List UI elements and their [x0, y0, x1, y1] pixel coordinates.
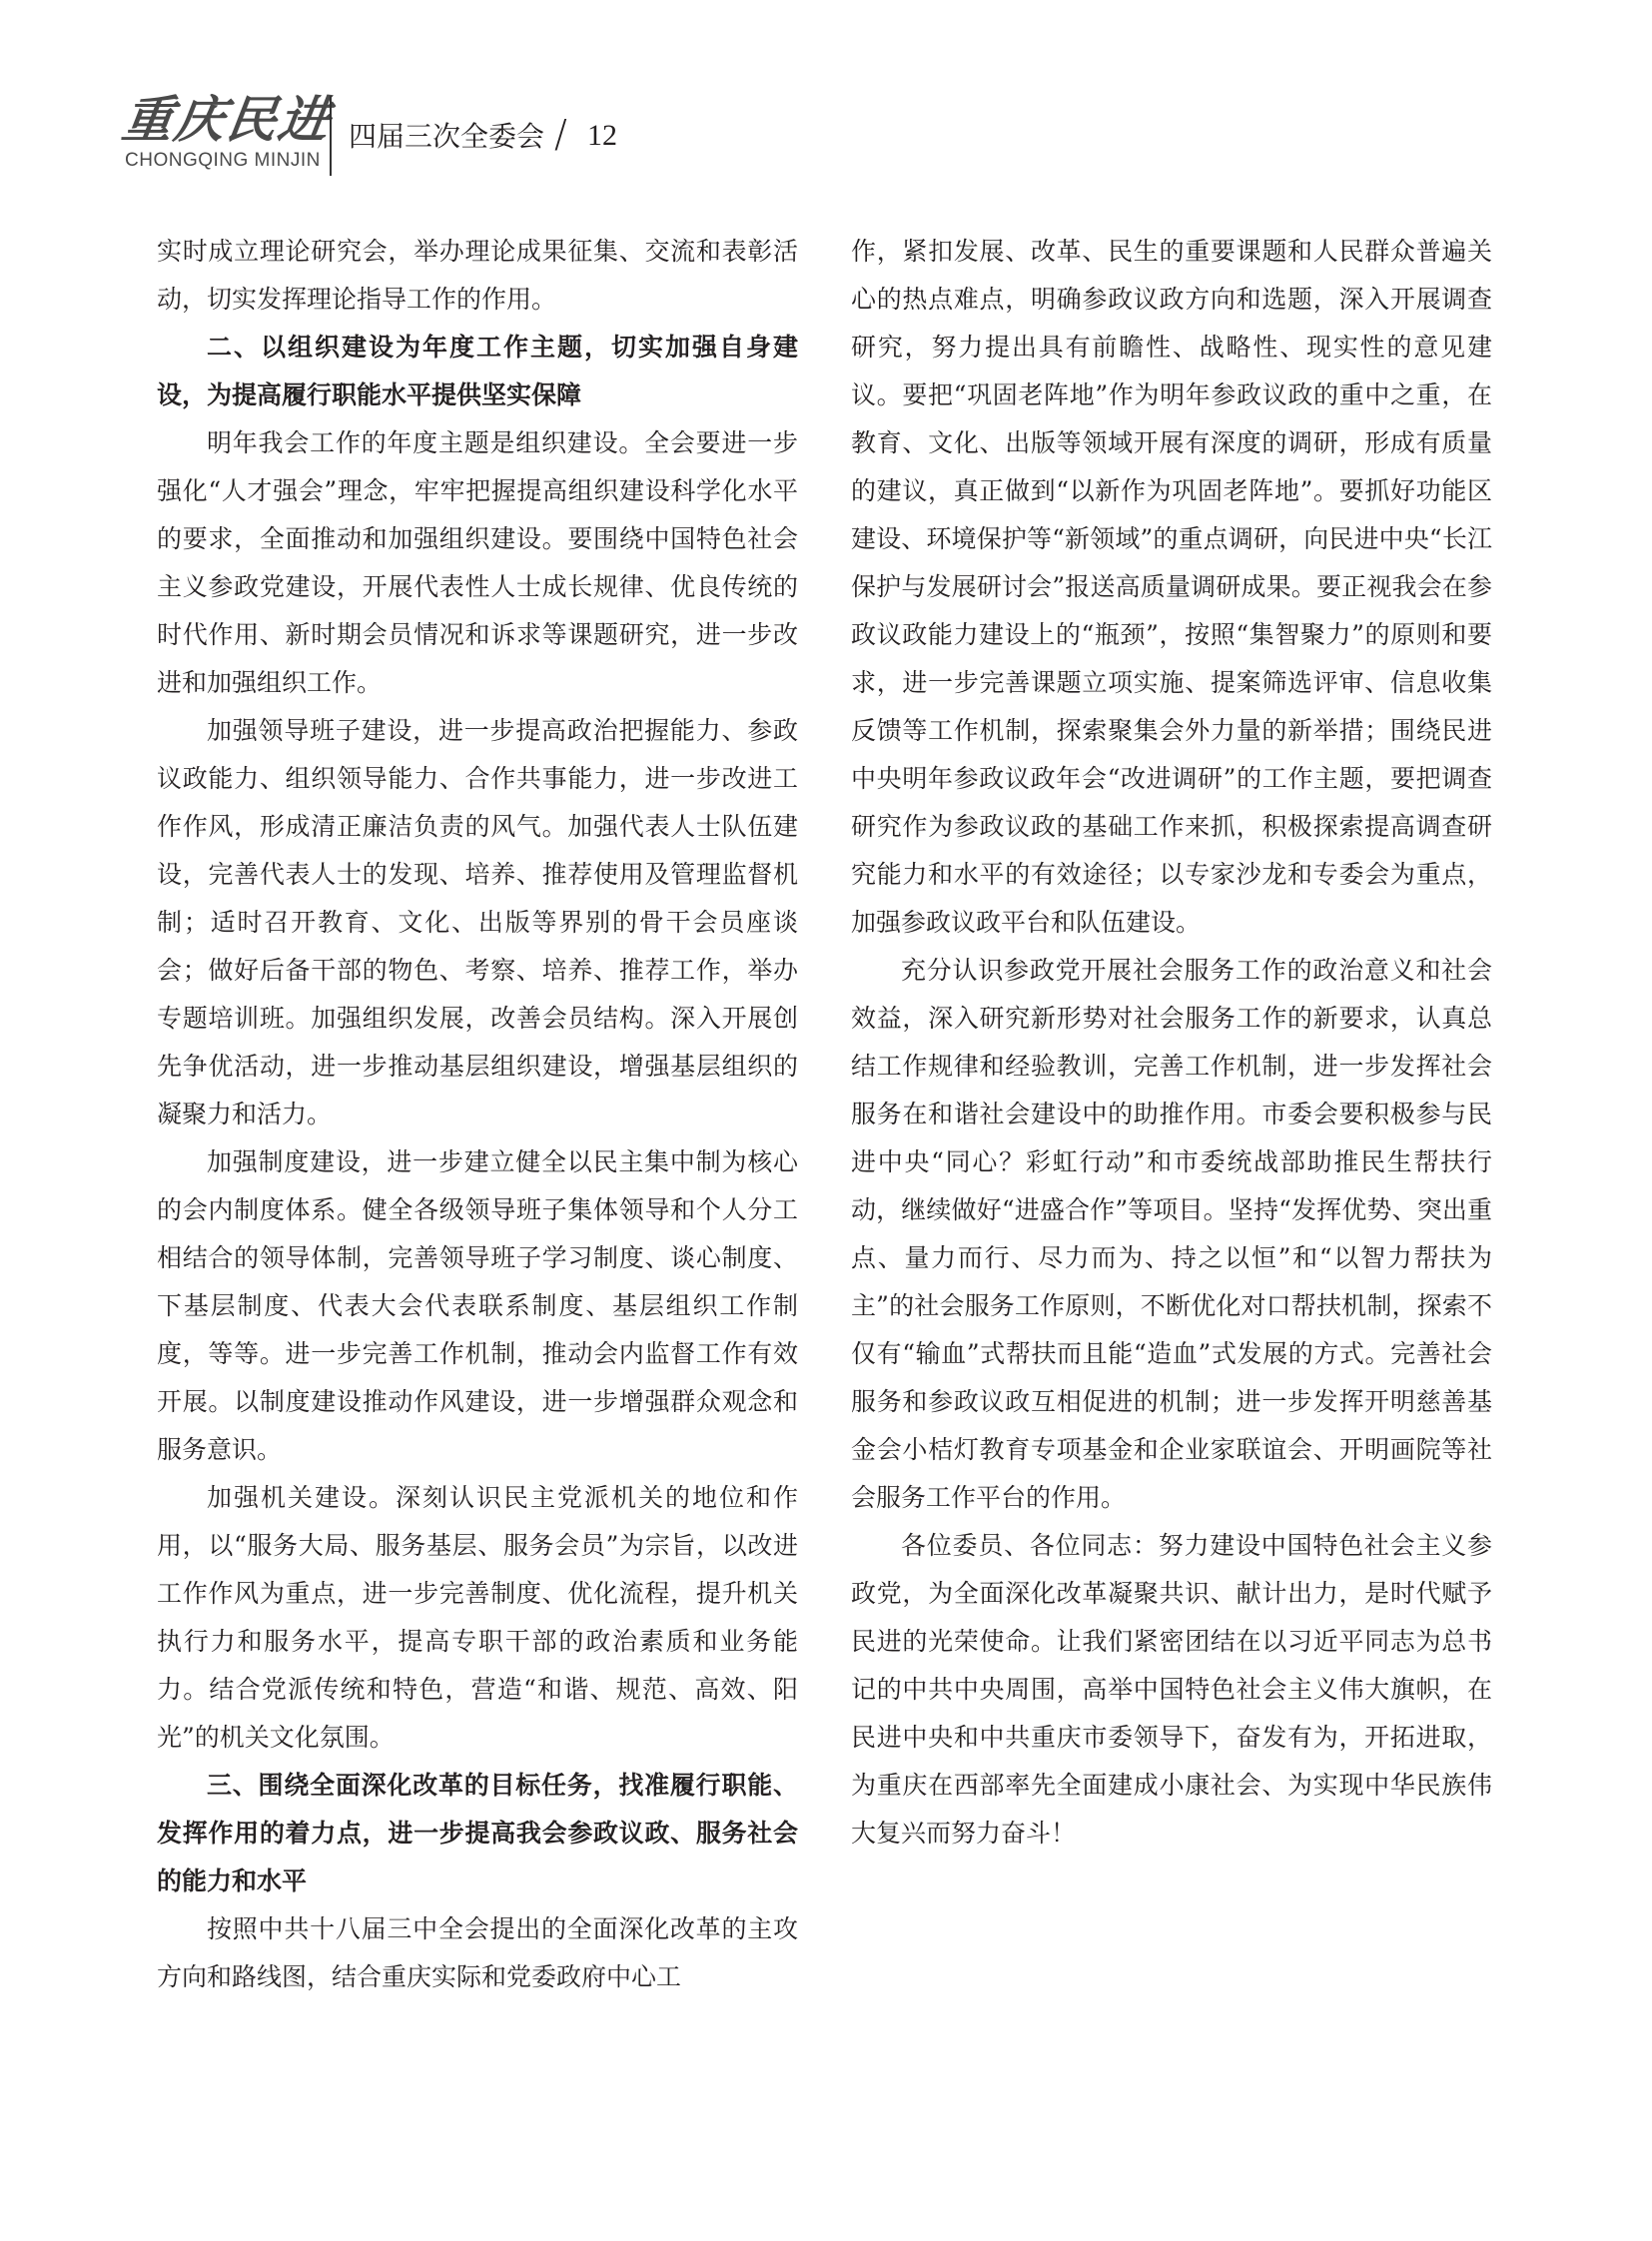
- paragraph: 按照中共十八届三中全会提出的全面深化改革的主攻方向和路线图，结合重庆实际和党委政…: [157, 1905, 798, 2001]
- logo-english-name: CHONGQING MINJIN: [125, 150, 321, 172]
- paragraph: 实时成立理论研究会，举办理论成果征集、交流和表彰活动，切实发挥理论指导工作的作用…: [157, 228, 798, 324]
- paragraph: 加强机关建设。深刻认识民主党派机关的地位和作用，以“服务大局、服务基层、服务会员…: [157, 1474, 798, 1762]
- right-column: 作，紧扣发展、改革、民生的重要课题和人民群众普遍关心的热点难点，明确参政议政方向…: [851, 228, 1492, 1858]
- slash-separator: /: [554, 114, 567, 154]
- paragraph: 明年我会工作的年度主题是组织建设。全会要进一步强化“人才强会”理念，牢牢把握提高…: [157, 419, 798, 707]
- closing-paragraph: 各位委员、各位同志：努力建设中国特色社会主义参政党，为全面深化改革凝聚共识、献计…: [851, 1522, 1492, 1858]
- header-divider: [330, 96, 332, 176]
- section-heading-3: 三、围绕全面深化改革的目标任务，找准履行职能、发挥作用的着力点，进一步提高我会参…: [157, 1762, 798, 1905]
- logo-chinese-calligraphy: 重庆民进: [119, 92, 335, 148]
- section-heading-2: 二、以组织建设为年度工作主题，切实加强自身建设，为提高履行职能水平提供坚实保障: [157, 324, 798, 419]
- paragraph: 作，紧扣发展、改革、民生的重要课题和人民群众普遍关心的热点难点，明确参政议政方向…: [851, 228, 1492, 947]
- paragraph: 加强制度建设，进一步建立健全以民主集中制为核心的会内制度体系。健全各级领导班子集…: [157, 1138, 798, 1474]
- left-column: 实时成立理论研究会，举办理论成果征集、交流和表彰活动，切实发挥理论指导工作的作用…: [157, 228, 798, 2001]
- page-number: 12: [587, 118, 617, 154]
- magazine-logo: 重庆民进 CHONGQING MINJIN: [123, 90, 333, 180]
- page-header: 重庆民进 CHONGQING MINJIN 四届三次全委会 / 12: [123, 90, 822, 180]
- section-title: 四届三次全委会: [349, 120, 544, 154]
- paragraph: 加强领导班子建设，进一步提高政治把握能力、参政议政能力、组织领导能力、合作共事能…: [157, 707, 798, 1138]
- paragraph: 充分认识参政党开展社会服务工作的政治意义和社会效益，深入研究新形势对社会服务工作…: [851, 947, 1492, 1522]
